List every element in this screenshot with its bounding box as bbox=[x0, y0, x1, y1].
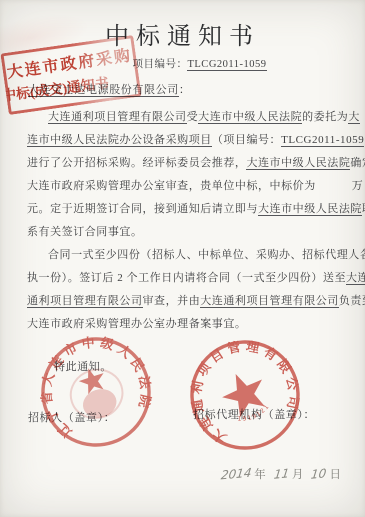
national-emblem-icon bbox=[64, 360, 129, 425]
underlined-text: 大连 bbox=[346, 272, 365, 285]
underlined-text: 大连市中级人民法院 bbox=[246, 157, 350, 170]
underlined-text: 大连市中级人民法院 bbox=[258, 203, 362, 216]
body-line: 大连通利项目管理有限公司受大连市中级人民法院的委托为大 bbox=[27, 106, 353, 129]
underlined-text: 大 bbox=[348, 111, 360, 124]
underlined-text: 大连市中级人民法院 bbox=[198, 111, 302, 124]
body-line: 进行了公开招标采购。经评标委员会推荐，大连市中级人民法院确定， bbox=[27, 152, 353, 175]
body-text-segment: 确定， bbox=[350, 157, 365, 169]
body-text-segment: 受 bbox=[187, 111, 199, 123]
body-line: 通利项目管理有限公司审查，并由大连通利项目管理有限公司负责到 bbox=[27, 290, 353, 313]
body-line: 合同一式至少四份（招标人、中标单位、采购办、招标代理人各 bbox=[27, 244, 353, 267]
date-day-unit: 日 bbox=[330, 469, 343, 481]
body-text-segment: 万 bbox=[352, 180, 364, 192]
date-year-unit: 年 bbox=[254, 469, 267, 481]
project-number-value: TLCG2011-1059 bbox=[187, 59, 266, 71]
underlined-text: TLCG2011-1059 bbox=[281, 134, 364, 147]
body-text: 大连通利项目管理有限公司受大连市中级人民法院的委托为大连市中级人民法院办公设备采… bbox=[27, 106, 353, 336]
body-text-segment: 进行了公开招标采购。经评标委员会推荐， bbox=[27, 157, 246, 169]
body-line: 元。定于近期签订合同，接到通知后请立即与大连市中级人民法院联 bbox=[27, 198, 353, 221]
body-line: 系有关签订合同事宜。 bbox=[27, 221, 353, 244]
date-month: 11 bbox=[273, 466, 290, 482]
underlined-text: 通利项目管理有限公司 bbox=[27, 295, 143, 308]
body-text-segment: 审查，并由 bbox=[143, 295, 201, 307]
body-text-segment: 大连市政府采购管理办公室审查，贵单位中标，中标价为 bbox=[27, 180, 316, 192]
body-text-segment: （项目编号： bbox=[212, 134, 281, 146]
body-line: 连市中级人民法院办公设备采购项目（项目编号：TLCG2011-1059） bbox=[27, 129, 353, 152]
body-line: 执一份）。签订后 2 个工作日内请将合同（一式至少四份）送至大连 bbox=[27, 267, 353, 290]
date-day: 10 bbox=[310, 466, 327, 482]
body-text-segment: 合同一式至少四份（招标人、中标单位、采购办、招标代理人各 bbox=[48, 249, 365, 261]
addressee-colon: ： bbox=[179, 84, 191, 96]
underlined-text: 大连通利项目管理有限公司 bbox=[48, 111, 187, 124]
body-text-segment: 元。定于近期签订合同，接到通知后请立即与 bbox=[27, 203, 258, 215]
body-line: 大连市政府采购管理办公室审查，贵单位中标，中标价为万 bbox=[27, 175, 353, 198]
body-text-segment: 负责到 bbox=[339, 295, 365, 307]
body-text-segment: 系有关签订合同事宜。 bbox=[27, 226, 143, 238]
date-month-unit: 月 bbox=[292, 469, 305, 481]
body-text-segment: 执一份）。签订后 2 个工作日内请将合同（一式至少四份）送至 bbox=[27, 272, 346, 284]
underlined-text: 连市中级人民法院办公设备采购项目 bbox=[27, 134, 212, 147]
project-number-label: 项目编号： bbox=[132, 59, 187, 70]
body-text-segment: 的委托为 bbox=[302, 111, 348, 123]
scanned-document-page: 中标通知书 项目编号：TLCG2011-1059 大连宝士达电源股份有限公司： … bbox=[0, 0, 365, 517]
